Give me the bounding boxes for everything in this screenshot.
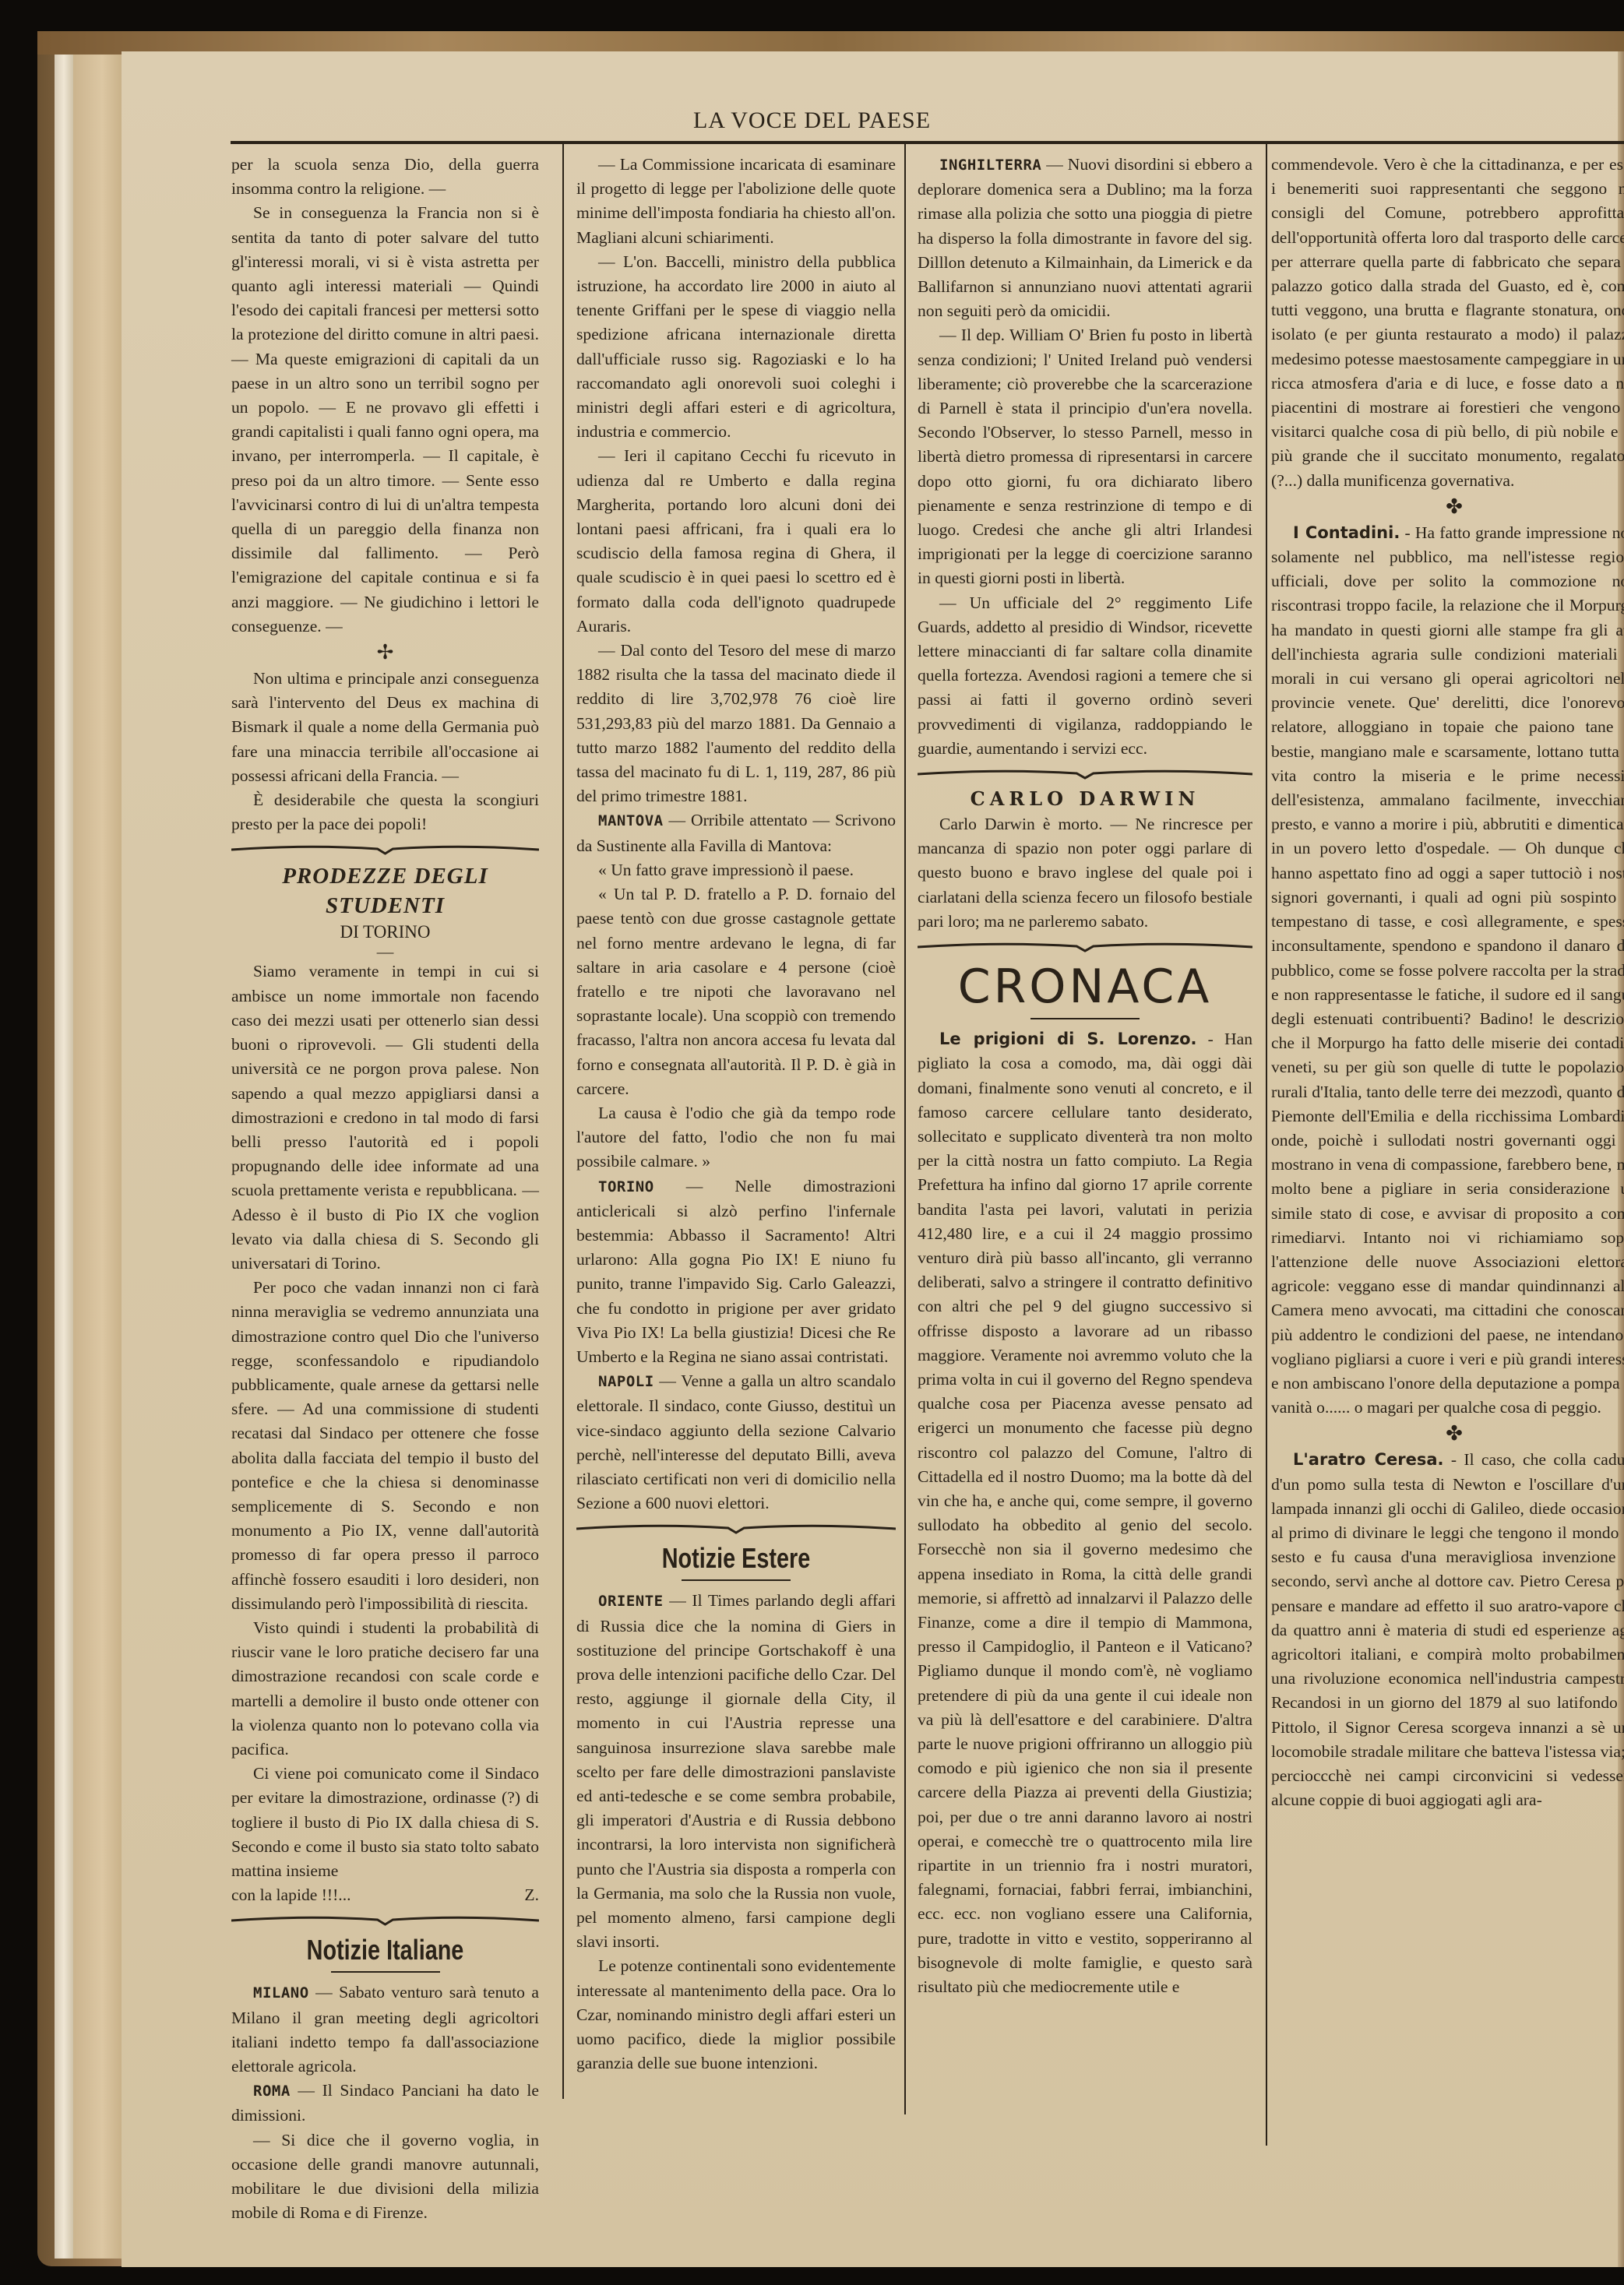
column-rule [562, 144, 564, 2099]
dateline-tag: MILANO [253, 1984, 309, 2002]
section-heading: Notizie Estere [608, 1540, 864, 1576]
paragraph: Carlo Darwin è morto. — Ne rincresce per… [918, 812, 1252, 934]
paragraph: — Un ufficiale del 2° reggimento Life Gu… [918, 591, 1252, 761]
column-1: per la scuola senza Dio, della guerra in… [231, 153, 539, 2225]
heading-underline [682, 1579, 791, 1581]
paragraph: La causa è l'odio che già da tempo rode … [576, 1101, 896, 1174]
section-divider [576, 1522, 896, 1536]
column-4: commendevole. Vero è che la cittadinanza… [1271, 153, 1624, 1812]
column-rule [904, 144, 906, 2114]
section-heading: CRONACA [918, 959, 1252, 1015]
dateline-tag: TORINO [598, 1178, 654, 1195]
paragraph: Visto quindi i studenti la probabilità d… [231, 1616, 539, 1762]
section-divider [231, 843, 539, 857]
dateline-tag: MANTOVA [598, 812, 664, 829]
section-divider [918, 940, 1252, 954]
heading-dash: — [231, 944, 539, 959]
news-item: ROMA — Il Sindaco Panciani ha dato le di… [231, 2079, 539, 2128]
section-divider [231, 1914, 539, 1928]
item-title: I Contadini. [1293, 523, 1400, 542]
section-heading: CARLO DARWIN [918, 786, 1252, 812]
dateline-tag: INGHILTERRA [939, 157, 1041, 174]
news-body: — Nelle dimostrazioni anticlericali si a… [576, 1177, 896, 1366]
news-item: TORINO — Nelle dimostrazioni anticlerica… [576, 1174, 896, 1370]
section-subheading: DI TORINO [231, 921, 539, 944]
paragraph: — Il dep. William O' Brien fu posto in l… [918, 323, 1252, 590]
column-rule [1266, 144, 1267, 2146]
paragraph: commendevole. Vero è che la cittadinanza… [1271, 153, 1624, 493]
paragraph: Non ultima e principale anzi conseguenza… [231, 667, 539, 788]
fleuron-ornament-icon: ✤ [1271, 493, 1624, 521]
section-divider [918, 767, 1252, 781]
news-item: MANTOVA — Orribile attentato — Scrivono … [576, 808, 896, 857]
paragraph: — L'on. Baccelli, ministro della pubblic… [576, 250, 896, 445]
news-item: INGHILTERRA — Nuovi disordini si ebbero … [918, 153, 1252, 323]
author-signature: Z. [524, 1883, 539, 1907]
item-body: - Il caso, che colla caduta d'un pomo su… [1271, 1450, 1624, 1809]
news-body: — Nuovi disordini si ebbero a deplorare … [918, 155, 1252, 320]
binding-gutter [73, 55, 122, 2259]
heading-underline [331, 1971, 440, 1973]
chronicle-item: L'aratro Ceresa. - Il caso, che colla ca… [1271, 1448, 1624, 1812]
heading-underline [1030, 1018, 1140, 1019]
paragraph: Ci viene poi comunicato come il Sindaco … [231, 1762, 539, 1883]
column-3: INGHILTERRA — Nuovi disordini si ebbero … [918, 153, 1252, 1999]
paragraph: Le potenze continentali sono evidentemen… [576, 1954, 896, 2076]
section-heading: PRODEZZE DEGLI STUDENTI [231, 861, 539, 921]
paragraph: — Si dice che il governo voglia, in occa… [231, 2128, 539, 2226]
dateline-tag: NAPOLI [598, 1373, 654, 1390]
item-title: Le prigioni di S. Lorenzo. [939, 1030, 1197, 1048]
paragraph: — La Commissione incaricata di esaminare… [576, 153, 896, 250]
paragraph: — Ieri il capitano Cecchi fu ricevuto in… [576, 444, 896, 639]
section-heading: Notizie Italiane [262, 1932, 509, 1968]
dateline-tag: ROMA [253, 2083, 291, 2100]
paragraph: È desiderabile che questa la scongiuri p… [231, 788, 539, 836]
masthead-title: LA VOCE DEL PAESE [0, 107, 1624, 134]
item-body: - Han pigliato la cosa a comodo, ma, dài… [918, 1030, 1252, 1996]
paragraph-end: con la lapide !!!... [231, 1883, 351, 1907]
paragraph: — Dal conto del Tesoro del mese di marzo… [576, 639, 896, 808]
fleuron-ornament-icon: ✢ [231, 639, 539, 667]
news-body: — Il Times parlando degli affari di Russ… [576, 1591, 896, 1951]
masthead-rule [231, 141, 1624, 144]
news-item: ORIENTE — Il Times parlando degli affari… [576, 1589, 896, 1954]
chronicle-item: Le prigioni di S. Lorenzo. - Han pigliat… [918, 1027, 1252, 1999]
news-item: MILANO — Sabato venturo sarà tenuto a Mi… [231, 1980, 539, 2079]
item-title: L'aratro Ceresa. [1293, 1450, 1444, 1469]
paragraph: Per poco che vadan innanzi non ci farà n… [231, 1276, 539, 1616]
column-4-clip: commendevole. Vero è che la cittadinanza… [1271, 153, 1624, 2271]
paragraph: « Un tal P. D. fratello a P. D. fornaio … [576, 882, 896, 1101]
news-item: NAPOLI — Venne a galla un altro scandalo… [576, 1369, 896, 1516]
news-body: — Venne a galla un altro scandalo eletto… [576, 1371, 896, 1512]
paragraph-with-signature: con la lapide !!!...Z. [231, 1883, 539, 1907]
fleuron-ornament-icon: ✤ [1271, 1420, 1624, 1448]
column-2: — La Commissione incaricata di esaminare… [576, 153, 896, 2076]
paragraph: « Un fatto grave impressionò il paese. [576, 858, 896, 882]
item-body: - Ha fatto grande impressione non solame… [1271, 523, 1624, 1417]
dateline-tag: ORIENTE [598, 1593, 664, 1610]
paragraph: Se in conseguenza la Francia non si è se… [231, 201, 539, 639]
paragraph: Siamo veramente in tempi in cui si ambis… [231, 959, 539, 1276]
chronicle-item: I Contadini. - Ha fatto grande impressio… [1271, 521, 1624, 1421]
paragraph: per la scuola senza Dio, della guerra in… [231, 153, 539, 201]
page-edge-stack [55, 55, 73, 2259]
